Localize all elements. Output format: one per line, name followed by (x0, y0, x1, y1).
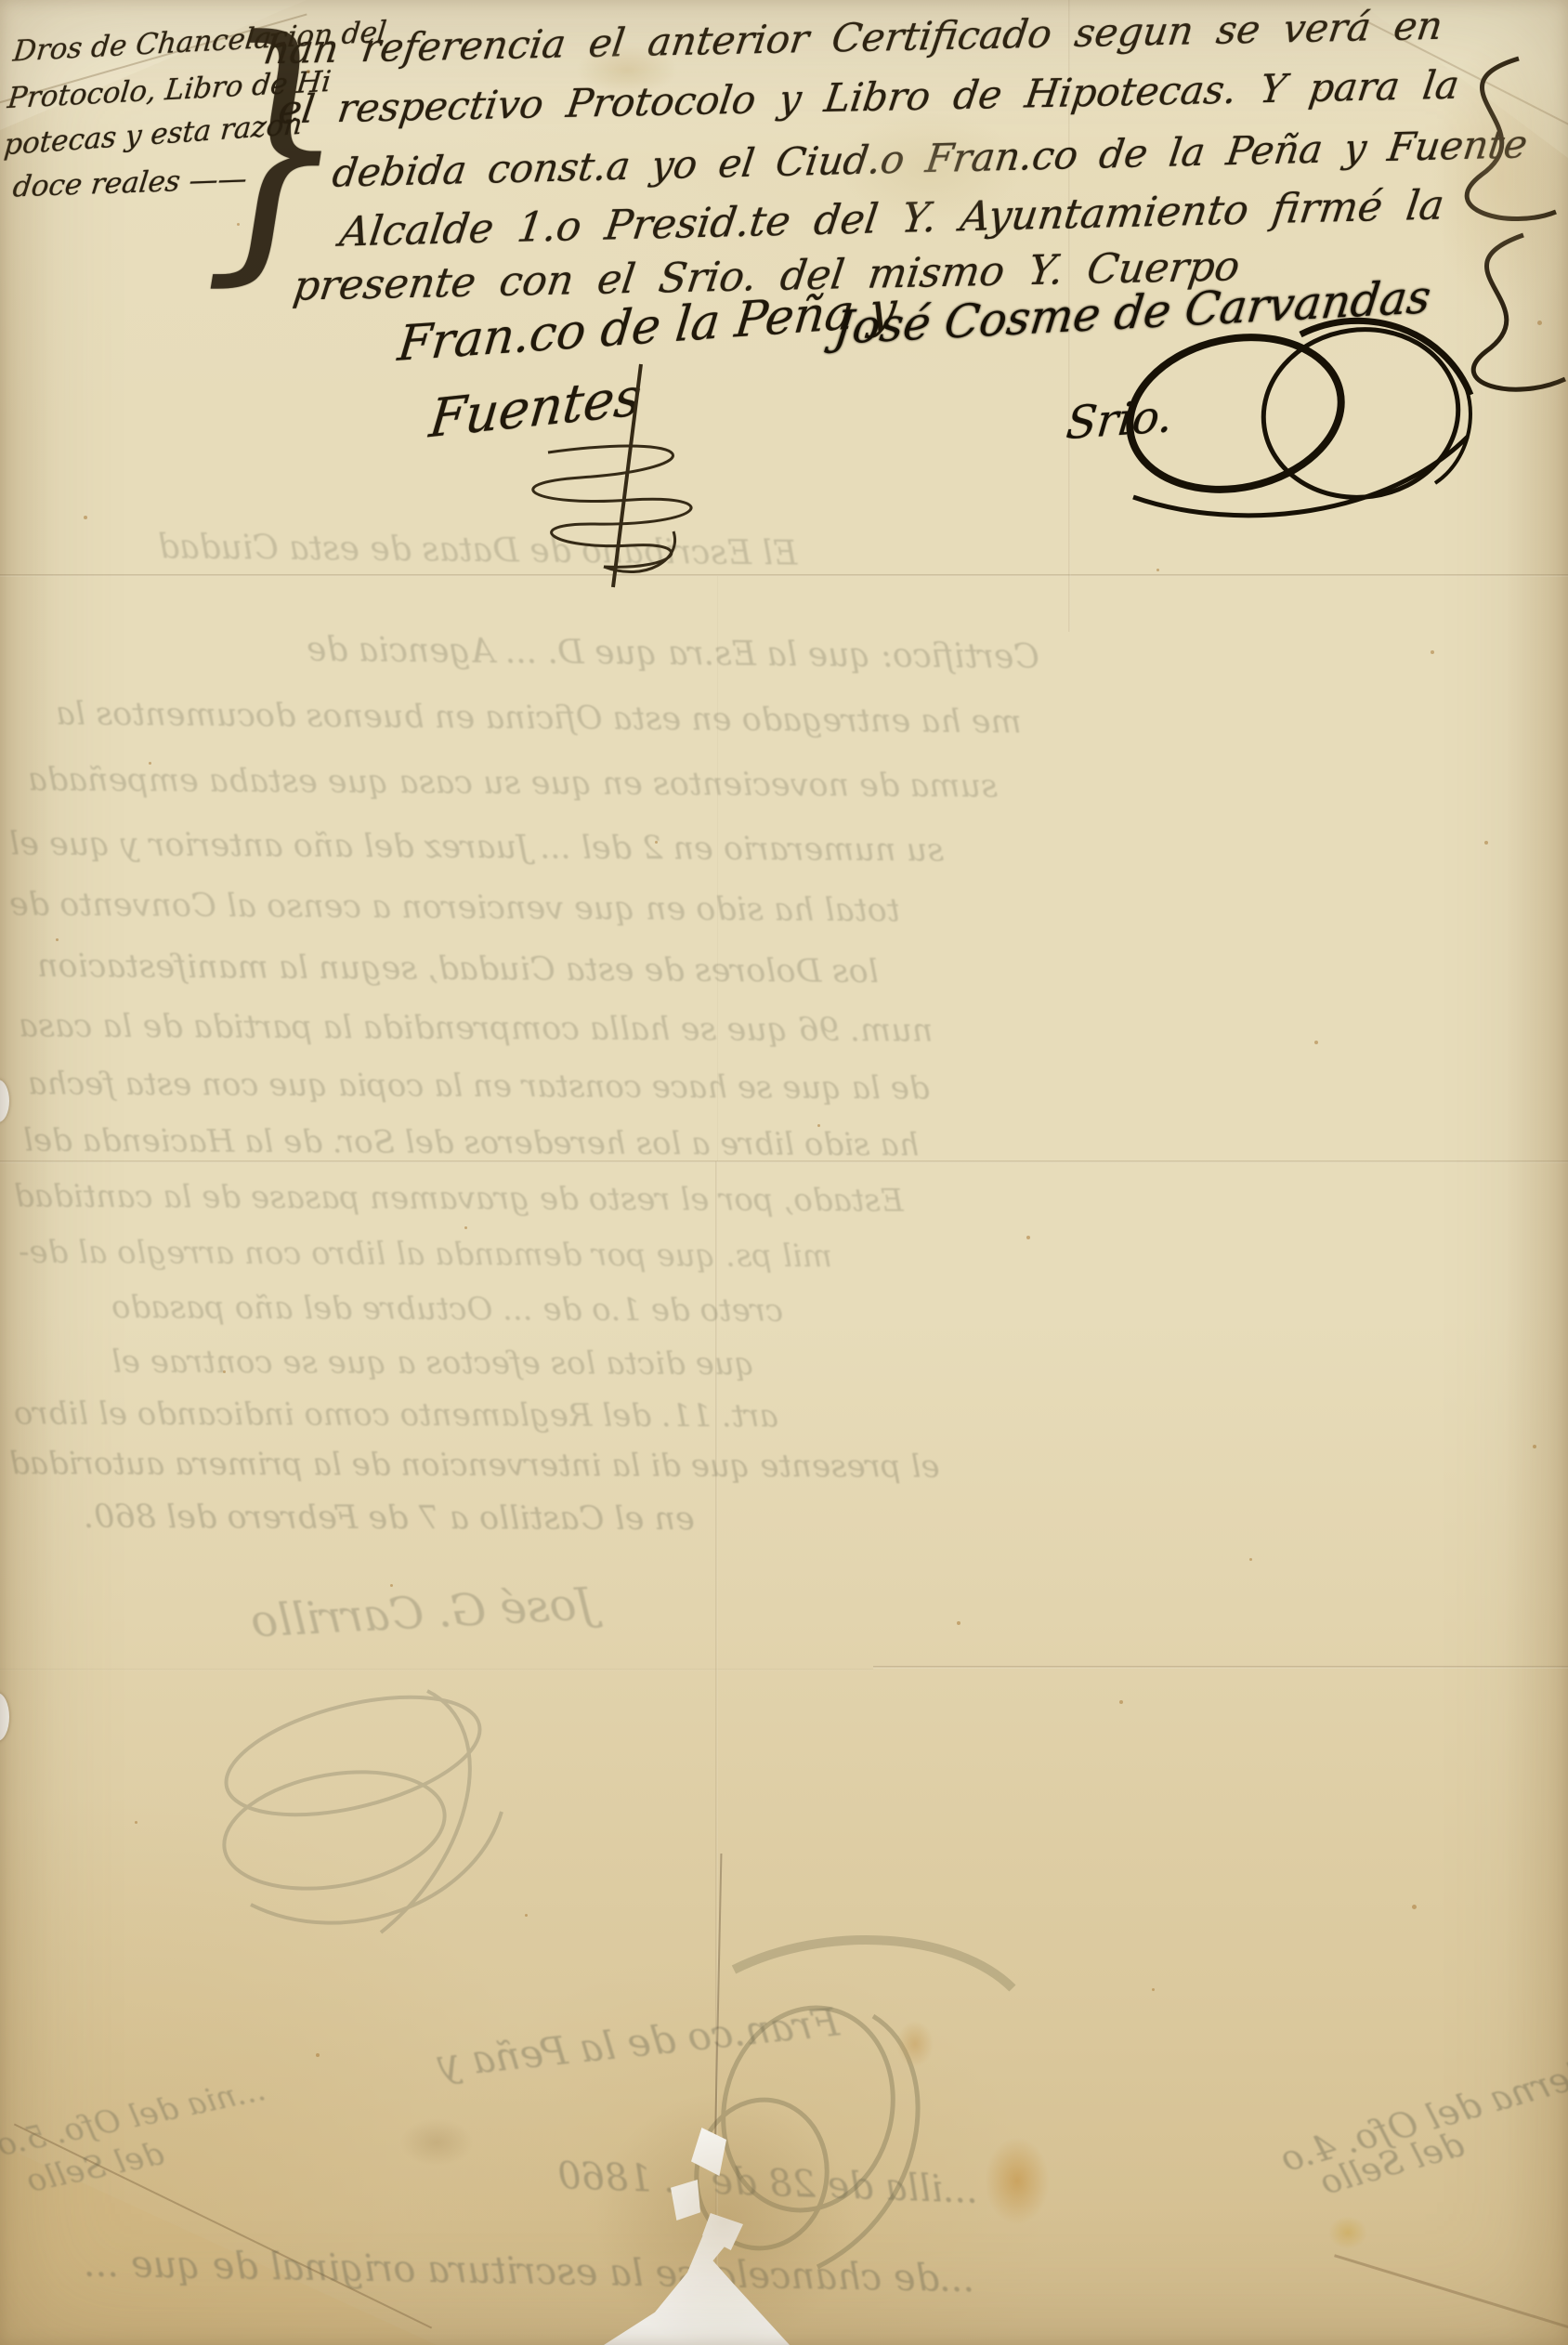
bleed-through-corner-left: ...nia del Ofo. 5.o (0, 2074, 268, 2162)
line-end-swash2-icon (1393, 230, 1568, 407)
bleed-through-line: mil ps. que por demanda al libro con arr… (19, 1237, 832, 1273)
foxing-spot (1156, 569, 1159, 571)
foxing-spot (307, 70, 310, 73)
margin-note-line: doce reales —— (11, 165, 248, 203)
signature-left-name: Fran.co de la Peña y (396, 285, 899, 369)
bleed-through-line: que dicta los efectos a que se contrae e… (111, 1346, 755, 1380)
foxing-spot (1533, 1445, 1536, 1448)
fold-crease-vertical-center-upper (717, 576, 719, 1161)
fold-top-left (0, 0, 307, 130)
bleed-through-line: creto de 1.o de ... Octubre del año pasa… (111, 1291, 783, 1327)
foxing-spot (316, 2053, 320, 2057)
stain (399, 2118, 474, 2167)
bleed-through-line: ha sido libre a los herederos del Sor. d… (23, 1124, 920, 1160)
ghost-rubric-bottom-icon (650, 1932, 1040, 2286)
signature-right-name: José Cosme de Carvandas (831, 274, 1432, 351)
bleed-through-corner-right: Cuaderna del Ofo. 4.o (1277, 2036, 1568, 2178)
fold-crease-horizontal-1 (0, 574, 1568, 577)
bleed-through-line: de la que se hace constar en la copia qu… (28, 1068, 930, 1104)
foxing-spot (237, 223, 240, 226)
bleed-through-line: art. 11. del Reglamento como indicando e… (14, 1398, 778, 1433)
foxing-spot (84, 516, 87, 519)
foxing-spot (390, 1584, 393, 1587)
foxing-spot (135, 1821, 137, 1824)
body-text-line: presente con el Srio. del mismo Y. Cuerp… (291, 246, 1242, 307)
foxing-spot (1119, 1700, 1123, 1704)
bleed-through-line: El Escribano de Datas de esta Ciudad (158, 531, 798, 570)
bleed-through-line: suma de novecientos en que su casa que e… (28, 764, 998, 803)
edge-notch-left-1 (0, 1080, 9, 1122)
bleed-through-line: en el Castillo a 7 de Febrero del 860. (84, 1501, 695, 1536)
rubric-flourish-icon (1082, 307, 1482, 539)
signature-left-name2: Fuentes (427, 372, 644, 447)
fold-crease-horizontal-3b (0, 1669, 873, 1670)
ghost-rubric-mid-icon (195, 1672, 548, 1951)
bleed-through-line: los Dolores de esta Ciudad, segun la man… (37, 950, 879, 989)
bleed-through-line: su numerario en 2 del ... Juarez del año… (9, 828, 944, 867)
bleed-through-signature: José G. Carrillo (250, 1581, 595, 1644)
foxing-spot (223, 1370, 226, 1373)
foxing-spot (817, 1124, 820, 1127)
fold-crease-vertical-right (1068, 0, 1071, 632)
body-text-line: el respectivo Protocolo y Libro de Hipot… (276, 66, 1461, 130)
body-text-line: debida const.a yo el Ciud.o Fran.co de l… (330, 124, 1529, 193)
body-text-line: han referencia el anterior Certificado s… (262, 7, 1444, 71)
manuscript-page: El Escribano de Datas de esta CiudadCert… (0, 0, 1568, 2345)
bleed-through-line: Estado, por el resto de gravamen pasase … (14, 1180, 904, 1216)
stain (576, 45, 678, 96)
foxing-spot (1537, 321, 1542, 325)
fold-bottom-right-line (1334, 2254, 1568, 2338)
bleed-through-line: me ha entregado en esta Oficina en bueno… (56, 698, 1022, 739)
bleed-through-line: Certifico: que la Es.ra que D. ... Agenc… (307, 634, 1039, 675)
stain (836, 111, 1022, 223)
rubric-spiral-icon (516, 420, 738, 606)
foxing-spot (149, 762, 151, 765)
bleed-through-line: total ha sido en que vencieron a censo a… (9, 889, 900, 928)
foxing-spot (1314, 1041, 1318, 1044)
margin-note-line: potecas y esta razon (3, 111, 304, 161)
foxing-spot (56, 938, 59, 941)
bleed-through-corner-right: del Sello (1317, 2129, 1468, 2201)
body-text-line: Alcalde 1.o Presid.te del Y. Ayuntamient… (337, 185, 1446, 253)
foxing-spot (655, 841, 658, 844)
foxing-spot (1026, 1236, 1030, 1239)
foxing-spot (1152, 1988, 1155, 1991)
foxing-spot (1412, 1905, 1417, 1909)
foxing-spot (464, 1226, 467, 1229)
margin-brace: } (203, 6, 348, 288)
fold-top-right (1356, 0, 1568, 158)
foxing-spot (1249, 1558, 1252, 1561)
bleed-through-line: el presente que di la intervencion de la… (9, 1448, 940, 1482)
foxing-spot (957, 1621, 960, 1625)
bleed-through-line: num. 96 que se halla comprendida la part… (19, 1010, 934, 1047)
foxing-spot (1431, 650, 1434, 654)
edge-notch-left-2 (0, 1693, 9, 1741)
fold-bottom-left (0, 2128, 437, 2345)
signature-right-title: Srio. (1065, 394, 1175, 446)
fold-crease-horizontal-2 (0, 1160, 1568, 1163)
fold-crease-horizontal-3 (873, 1666, 1568, 1669)
foxing-spot (1319, 88, 1322, 91)
stain (1328, 2216, 1367, 2249)
foxing-spot (1484, 841, 1488, 845)
